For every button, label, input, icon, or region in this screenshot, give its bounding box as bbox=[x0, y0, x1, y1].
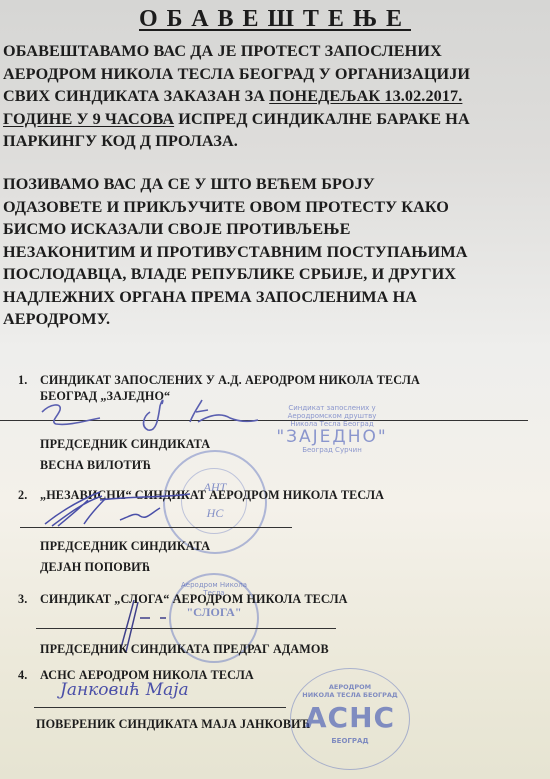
handwritten-signature bbox=[40, 396, 260, 436]
union-name: СИНДИКАТ „СЛОГА“ АЕРОДРОМ НИКОЛА ТЕСЛА bbox=[40, 592, 348, 607]
stamp-text: Синдикат запослених у bbox=[272, 404, 392, 412]
zajedno-stamp: Синдикат запослених у Аеродромском друшт… bbox=[272, 404, 392, 454]
signatory-number: 3. bbox=[18, 592, 27, 607]
announcement-paragraph: ОБАВЕШТАВАМО ВАС ДА ЈЕ ПРОТЕСТ ЗАПОСЛЕНИ… bbox=[3, 40, 548, 153]
signature-line bbox=[36, 628, 336, 629]
document-title: ОБАВЕШТЕЊЕ bbox=[0, 6, 550, 33]
paragraph-line: ПАРКИНГУ КОД Д ПРОЛАЗА. bbox=[3, 130, 548, 153]
paragraph-line: АЕРОДРОМУ. bbox=[3, 308, 548, 331]
stamp-main-text: АСНС bbox=[291, 701, 409, 734]
paragraph-line: АЕРОДРОМ НИКОЛА ТЕСЛА БЕОГРАД У ОРГАНИЗА… bbox=[3, 63, 548, 86]
union-name: СИНДИКАТ ЗАПОСЛЕНИХ У А.Д. АЕРОДРОМ НИКО… bbox=[40, 373, 420, 388]
signature-line bbox=[34, 707, 286, 708]
stamp-text: АЕРОДРОМ bbox=[291, 683, 409, 691]
invitation-paragraph: ПОЗИВАМО ВАС ДА СЕ У ШТО ВЕЋЕМ БРОЈУ ОДА… bbox=[3, 173, 548, 331]
stamp-text: НИКОЛА ТЕСЛА БЕОГРАД bbox=[291, 691, 409, 699]
stamp-text: Београд Сурчин bbox=[272, 446, 392, 454]
signatory-number: 4. bbox=[18, 668, 27, 683]
handwritten-signature bbox=[40, 490, 240, 530]
stamp-text: БЕОГРАД bbox=[291, 737, 409, 745]
signatory-role: ПРЕДСЕДНИК СИНДИКАТА bbox=[40, 539, 210, 554]
asns-stamp: АЕРОДРОМ НИКОЛА ТЕСЛА БЕОГРАД АСНС БЕОГР… bbox=[290, 668, 410, 770]
paragraph-text: СВИХ СИНДИКАТА ЗАКАЗАН ЗА bbox=[3, 87, 269, 105]
protest-date: ПОНЕДЕЉАК 13.02.2017. bbox=[269, 87, 462, 105]
stamp-main-text: "ЗАЈЕДНО" bbox=[272, 428, 392, 446]
paragraph-text: ИСПРЕД СИНДИКАЛНЕ БАРАКЕ НА bbox=[174, 110, 470, 128]
paragraph-line: ПОЗИВАМО ВАС ДА СЕ У ШТО ВЕЋЕМ БРОЈУ bbox=[3, 173, 548, 196]
stamp-text: Аеродромском друштву bbox=[272, 412, 392, 420]
paragraph-line: ГОДИНЕ У 9 ЧАСОВА ИСПРЕД СИНДИКАЛНЕ БАРА… bbox=[3, 108, 548, 131]
signatory-number: 2. bbox=[18, 488, 27, 503]
paragraph-line: БИСМО ИСКАЗАЛИ СВОЈЕ ПРОТИВЉЕЊЕ bbox=[3, 218, 548, 241]
paragraph-line: ОБАВЕШТАВАМО ВАС ДА ЈЕ ПРОТЕСТ ЗАПОСЛЕНИ… bbox=[3, 40, 548, 63]
signatory-name: ВЕСНА ВИЛОТИЋ bbox=[40, 458, 151, 473]
paragraph-line: ОДАЗОВЕТЕ И ПРИКЉУЧИТЕ ОВОМ ПРОТЕСТУ КАК… bbox=[3, 196, 548, 219]
signatory-number: 1. bbox=[18, 373, 27, 388]
signatory-name: ДЕЈАН ПОПОВИЋ bbox=[40, 560, 151, 575]
signatory-role-name: ПРЕДСЕДНИК СИНДИКАТА ПРЕДРАГ АДАМОВ bbox=[40, 642, 329, 657]
paragraph-line: НАДЛЕЖНИХ ОРГАНА ПРЕМА ЗАПОСЛЕНИМА НА bbox=[3, 286, 548, 309]
notice-document: ОБАВЕШТЕЊЕ ОБАВЕШТАВАМО ВАС ДА ЈЕ ПРОТЕС… bbox=[0, 0, 550, 779]
stamp-main-text: "СЛОГА" bbox=[171, 605, 257, 620]
protest-time: ГОДИНЕ У 9 ЧАСОВА bbox=[3, 110, 174, 128]
signatory-role-name: ПОВЕРЕНИК СИНДИКАТА МАЈА ЈАНКОВИЋ bbox=[36, 717, 311, 732]
handwritten-signature: Јанковић Маја bbox=[60, 680, 189, 700]
paragraph-line: СВИХ СИНДИКАТА ЗАКАЗАН ЗА ПОНЕДЕЉАК 13.0… bbox=[3, 85, 548, 108]
paragraph-line: НЕЗАКОНИТИМ И ПРОТИВУСТАВНИМ ПОСТУПАЊИМА bbox=[3, 241, 548, 264]
signatory-role: ПРЕДСЕДНИК СИНДИКАТА bbox=[40, 437, 210, 452]
paragraph-line: ПОСЛОДАВЦА, ВЛАДЕ РЕПУБЛИКЕ СРБИЈЕ, И ДР… bbox=[3, 263, 548, 286]
